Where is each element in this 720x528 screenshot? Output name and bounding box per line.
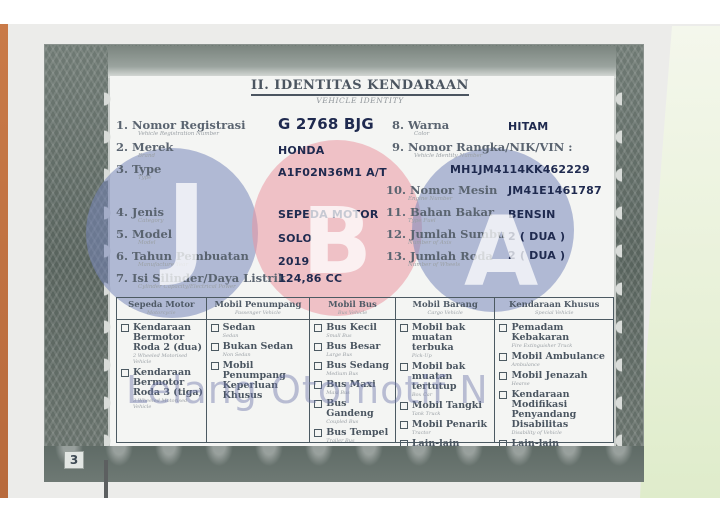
category-option-label: Bukan Sedan <box>223 341 294 352</box>
category-option-label: Pemadam Kebakaran <box>511 322 569 343</box>
category-option-en: Non Sedan <box>223 352 294 358</box>
field-label-3: 3. TypeType <box>116 162 161 181</box>
category-option-label: Mobil bak muatan terbuka <box>412 322 465 353</box>
checkbox-icon <box>314 324 322 332</box>
category-option-en: 2 Wheeled Motorised Vehicle <box>133 353 206 365</box>
category-option-label: Kendaraan Modifikasi Penyandang Disabili… <box>511 389 576 430</box>
field-label-en: Category <box>138 218 164 224</box>
category-option-en: Disability of Vehicle <box>511 430 613 436</box>
field-value-3: A1F02N36M1 A/T <box>278 166 387 179</box>
watermark-letter-j: J <box>166 170 207 280</box>
category-option-label: Bus Kecil <box>326 322 377 333</box>
field-label-text: 10. Nomor Mesin <box>386 183 497 197</box>
checkbox-icon <box>314 343 322 351</box>
checkbox-icon <box>499 391 507 399</box>
category-header: Mobil BusBus Vehicle <box>310 298 395 320</box>
category-option: Mobil bak muatan terbukaPick-Up <box>400 323 495 359</box>
category-option: Mobil AmbulanceAmbulance <box>499 352 613 368</box>
category-column: Kendaraan KhususSpecial VehiclePemadam K… <box>495 298 613 442</box>
category-header: Mobil BarangCargo Vehicle <box>396 298 495 320</box>
checkbox-icon <box>400 421 408 429</box>
checkbox-icon <box>499 372 507 380</box>
watermark-letter-b: B <box>302 196 372 288</box>
page-number: 3 <box>64 451 84 469</box>
checkbox-icon <box>314 429 322 437</box>
watermark-text: Lelang Otomotif N <box>126 368 489 412</box>
category-option: Mobil PenarikTractor <box>400 420 495 436</box>
field-label-1: 1. Nomor RegistrasiVehicle Registration … <box>116 118 246 137</box>
category-title-en: Motorcycle <box>117 310 206 316</box>
field-label-text: 5. Model <box>116 227 172 241</box>
field-value-2: HONDA <box>278 144 324 157</box>
field-label-text: 3. Type <box>116 162 161 176</box>
field-value-1: G 2768 BJG <box>278 115 374 133</box>
category-option-en: Large Bus <box>326 352 380 358</box>
field-label-5: 5. ModelModel <box>116 227 172 246</box>
checkbox-icon <box>211 324 219 332</box>
category-option: Bus BesarLarge Bus <box>314 342 395 358</box>
category-option-en: Sedan <box>223 333 256 339</box>
watermark-letter-a: A <box>464 204 538 300</box>
bottom-security-band <box>44 446 644 482</box>
field-label-text: 1. Nomor Registrasi <box>116 118 246 132</box>
category-option-en: Fire Extinguisher Truck <box>511 343 613 349</box>
category-option: Kendaraan Modifikasi Penyandang Disabili… <box>499 390 613 436</box>
category-option: Kendaraan Bermotor Roda 2 (dua)2 Wheeled… <box>121 323 206 365</box>
checkbox-icon <box>499 324 507 332</box>
category-option: Bus KecilSmall Bus <box>314 323 395 339</box>
field-label-text: 2. Merek <box>116 140 173 154</box>
category-header: Sepeda MotorMotorcycle <box>117 298 206 320</box>
category-title: Mobil Penumpang <box>214 300 301 310</box>
category-title: Mobil Bus <box>328 300 377 310</box>
category-option: SedanSedan <box>211 323 310 339</box>
section-subtitle: VEHICLE IDENTITY <box>0 96 720 105</box>
field-label-8: 8. WarnaColor <box>392 118 449 137</box>
category-option-label: Bus Besar <box>326 341 380 352</box>
checkbox-icon <box>211 343 219 351</box>
category-header: Kendaraan KhususSpecial Vehicle <box>495 298 613 320</box>
checkbox-icon <box>121 324 129 332</box>
category-option-en: Tractor <box>412 430 487 436</box>
field-value-9: MH1JM4114KK462229 <box>450 163 590 176</box>
category-title: Kendaraan Khusus <box>509 300 599 310</box>
category-option-label: Bus Tempel <box>326 427 388 438</box>
category-title: Sepeda Motor <box>128 300 194 310</box>
field-value-8: HITAM <box>508 120 548 133</box>
category-option: Bus TempelTrailer Bus <box>314 428 395 444</box>
category-title-en: Passenger Vehicle <box>207 310 310 316</box>
category-option-label: Mobil Penarik <box>412 419 487 430</box>
field-label-9: 9. Nomor Rangka/NIK/VIN :Vehicle Identit… <box>392 140 573 159</box>
field-label-text: 9. Nomor Rangka/NIK/VIN : <box>392 140 573 154</box>
checkbox-icon <box>499 353 507 361</box>
category-option-en: Trailer Bus <box>326 438 388 444</box>
category-title: Mobil Barang <box>413 300 478 310</box>
category-option-label: Kendaraan Bermotor Roda 2 (dua) <box>133 322 202 353</box>
checkbox-icon <box>400 324 408 332</box>
field-label-text: 8. Warna <box>392 118 449 132</box>
category-option-label: Mobil Jenazah <box>511 370 587 381</box>
category-option-label: Sedan <box>223 322 256 333</box>
category-title-en: Special Vehicle <box>495 310 613 316</box>
category-option-en: Pick-Up <box>412 353 495 359</box>
category-option-label: Mobil Ambulance <box>511 351 605 362</box>
field-label-2: 2. MerekBrand <box>116 140 173 159</box>
category-option-en: Small Bus <box>326 333 377 339</box>
category-option: Pemadam KebakaranFire Extinguisher Truck <box>499 323 613 349</box>
category-title-en: Bus Vehicle <box>310 310 395 316</box>
field-label-text: 4. Jenis <box>116 205 164 219</box>
category-title-en: Cargo Vehicle <box>396 310 495 316</box>
header-band <box>108 46 616 80</box>
category-option-en: Hearse <box>511 381 587 387</box>
category-option-en: Coupled Bus <box>326 419 395 425</box>
category-option-en: Ambulance <box>511 362 605 368</box>
field-label-4: 4. JenisCategory <box>116 205 164 224</box>
binding-strip <box>104 460 108 498</box>
category-header: Mobil PenumpangPassenger Vehicle <box>207 298 310 320</box>
category-option: Mobil JenazahHearse <box>499 371 613 387</box>
category-option: Bukan SedanNon Sedan <box>211 342 310 358</box>
section-title: II. IDENTITAS KENDARAAN <box>0 78 720 93</box>
